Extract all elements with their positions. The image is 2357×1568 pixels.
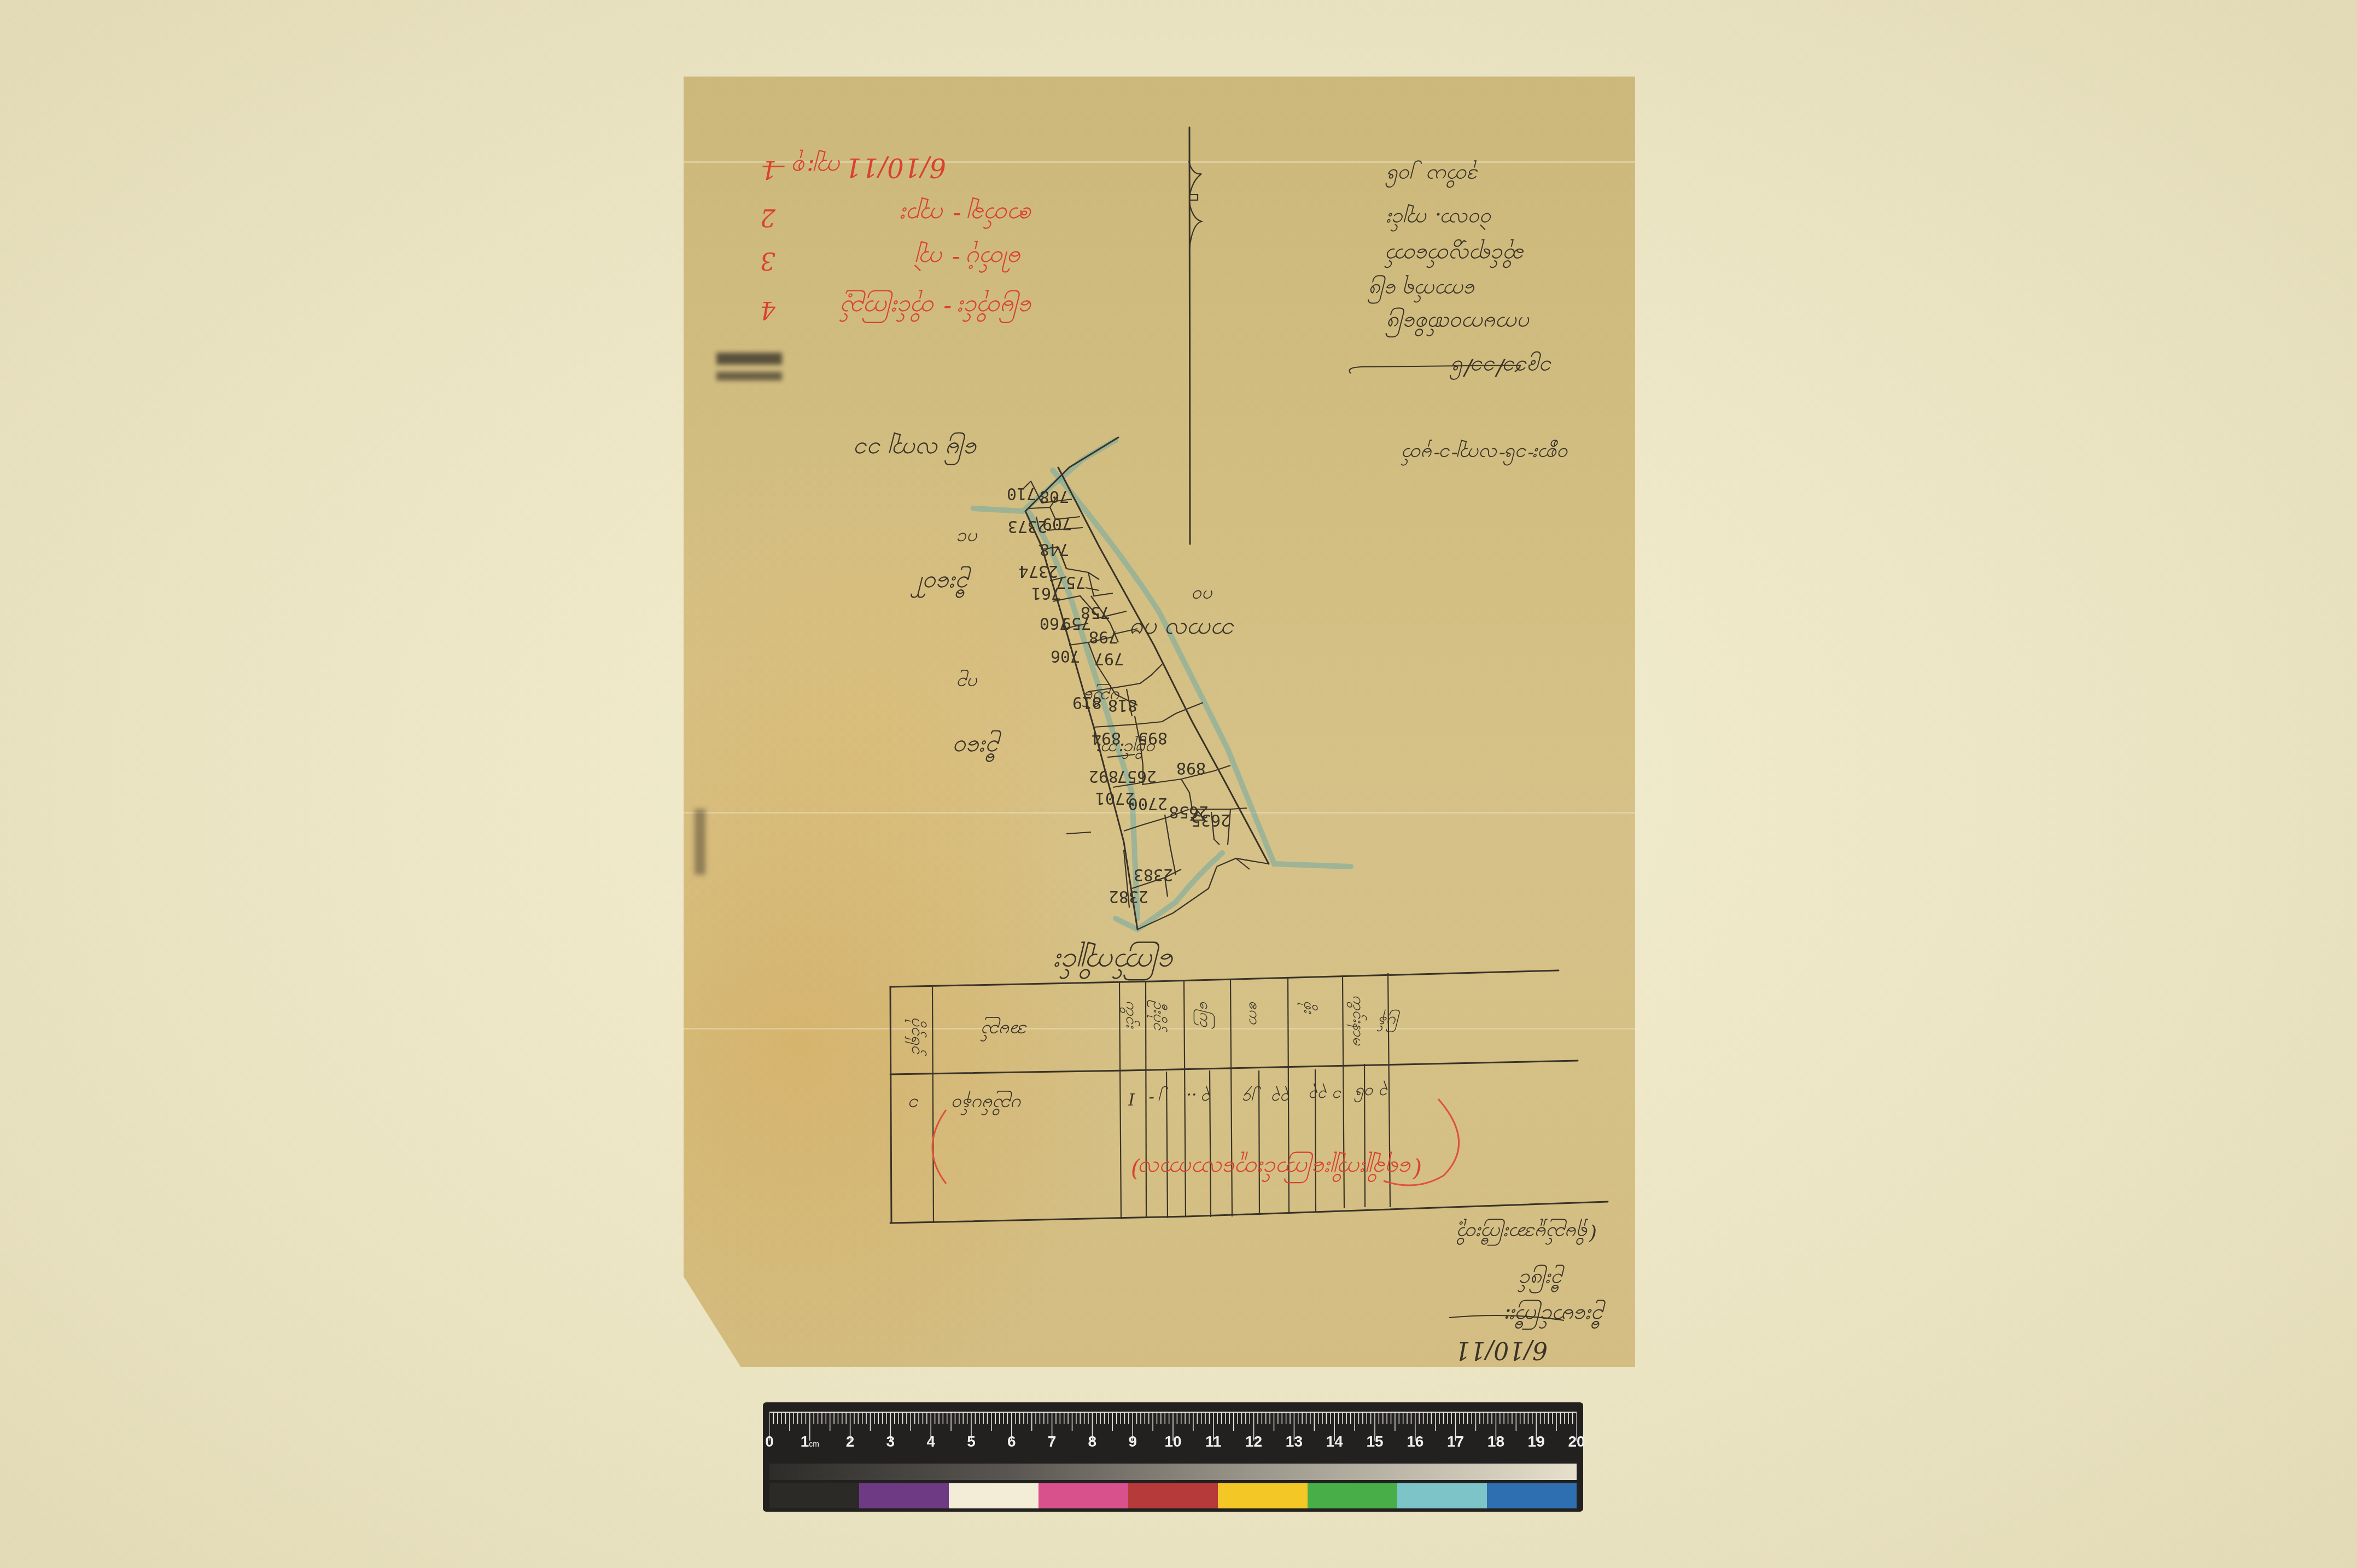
north-arrow-icon [1189,127,1201,544]
svg-text:ဂဝ: ဂဝ [1193,586,1214,607]
svg-text:798: 798 [1089,627,1118,646]
svg-text:761: 761 [1031,583,1061,602]
svg-text:ဒုတိယ ၂၀၆: ဒုတိယ ၂၀၆ [1385,160,1479,189]
ruler-tick-label: 8 [1088,1433,1097,1450]
ruler-tick-label: 15 [1366,1433,1383,1450]
ruler-tick-label: 4 [926,1433,935,1450]
ruler-tick-label: 20 [1568,1433,1585,1450]
color-patch-cyan [1397,1483,1487,1508]
color-patch-green [1308,1483,1397,1508]
color-patch-blue [1487,1483,1577,1508]
svg-text:3: 3 [760,247,775,274]
greyscale-strip [769,1464,1577,1480]
svg-text:2657: 2657 [1117,767,1157,786]
right-notes: ဒုတိယ ၂၀၆ ဝဲဝလာ. ကျင်း ဆိုင်ရာလွှတ်တော် … [1350,160,1570,466]
ruler-tick-label: 1cm [801,1433,819,1450]
svg-text:898: 898 [1176,758,1206,777]
ruler-tick-label: 19 [1528,1433,1545,1450]
svg-text:ပညိမ်ပန်ဝ: ပညိမ်ပန်ဝ [952,1091,1023,1116]
svg-text:710: 710 [1007,484,1036,503]
svg-text:2374: 2374 [1019,561,1058,581]
svg-text:708: 708 [1040,487,1069,506]
svg-text:2700: 2700 [1128,794,1168,813]
svg-text:ဂင: ဂင [958,528,979,550]
svg-text:(ရေချိုးကျိုးကြောင်းတူလောကာလ): (ရေချိုးကျိုးကြောင်းတူလောကာလ) [1131,1151,1422,1184]
svg-text:6/10/11: 6/10/11 [845,152,946,183]
ruler-tick-label: 18 [1487,1433,1504,1450]
svg-text:ဆိုင်ရာလွှတ်တော်: ဆိုင်ရာလွှတ်တော် [1384,239,1526,268]
svg-text:၂ -: ၂ - [1149,1086,1168,1108]
ruler-tick-label: 13 [1286,1433,1303,1450]
svg-text:၃၃: ၃၃ [1271,1086,1291,1108]
svg-text:ကြေ: ကြေ [1193,1001,1215,1029]
svg-text:2382: 2382 [1109,887,1148,906]
svg-text:၃ ..: ၃ .. [1187,1086,1211,1108]
color-patch-magenta [1039,1483,1128,1508]
svg-text:ကြော်ကျိုင်း: ကြော်ကျိုင်း [1054,941,1176,981]
ruler-tick-label: 5 [967,1433,976,1450]
svg-text:၃ ၀၆: ၃ ၀၆ [1354,1080,1389,1103]
cadastral-map: 708 710 709 2373 748 2374 757 761 758 75… [855,432,1351,981]
ruler-tick-label: 11 [1205,1433,1222,1450]
svg-text:ဘကလ ဂဗ: ဘကလ ဂဗ [1130,617,1236,645]
color-calibration-ruler: 01cm234567891011121314151617181920 [763,1402,1583,1512]
svg-text:ဓါတ်ပုံ - ကျဲ: ဓါတ်ပုံ - ကျဲ [914,241,1023,273]
svg-text:ဦးဝေ: ဦးဝေ [954,730,1002,763]
svg-text:ဦးဝေါ်: ဦးဝေါ် [910,566,972,599]
ruler-tick-label: 9 [1128,1433,1137,1450]
ruler-tick-label: 14 [1326,1433,1343,1450]
ruler-tick-label: 10 [1164,1433,1181,1450]
svg-text:ဝစ္စား-၁၆-လကျ-၁-မှတ်: ဝစ္စား-၁၆-လကျ-၁-မှတ် [1401,440,1570,466]
svg-text:အမည်: အမည် [979,1017,1028,1042]
svg-text:6/10/11: 6/10/11 [1455,1336,1548,1364]
color-patches [769,1483,1577,1508]
svg-text:2: 2 [760,203,776,231]
svg-text:၁: ၁ [909,1094,920,1116]
ruler-tick-label: 17 [1447,1433,1464,1450]
color-patch-purple [859,1483,949,1508]
svg-text:892: 892 [1089,767,1118,786]
svg-text:မြေတိုင်း - တိုင်းကြည့်: မြေတိုင်း - တိုင်းကြည့် [839,290,1034,324]
color-patch-red [1128,1483,1218,1508]
land-record-table: ပိုင်ရှင် အမည် ကွင်း ဦးပိုင် ကြေ ဧက ဖိုး… [890,970,1608,1223]
ruler-tick-label: 2 [846,1433,855,1450]
document-drawing: 6/10/11 ကျ:စု — 1 ဇာတ်ချ - ကျား 2 ဓါတ်ပု… [0,0,2357,1568]
color-patch-black [769,1483,859,1508]
svg-text:ဝဲဝလာ. ကျင်း: ဝဲဝလာ. ကျင်း [1387,204,1493,232]
svg-text:ကွင်းနာမ: ကွင်းနာမ [1346,995,1368,1046]
svg-text:၁ ၃၃: ၁ ၃၃ [1309,1083,1343,1105]
svg-text:ပိုင်ရှင်: ပိုင်ရှင် [905,1017,927,1056]
red-annotations: 6/10/11 ကျ:စု — 1 ဇာတ်ချ - ကျား 2 ဓါတ်ပု… [760,149,1034,324]
svg-text:ဦးပိုင်: ဦးပိုင် [1147,1000,1168,1032]
color-patch-white [949,1483,1039,1508]
svg-text:2635: 2635 [1191,810,1230,829]
svg-text:760: 760 [1040,613,1069,633]
color-patch-yellow [1218,1483,1308,1508]
ruler-tick-label: 6 [1007,1433,1016,1450]
signature-block: (ရှိမည်မှုအားကြီးတို့ ဦးဖြင် ဦးမောင်ကြီး… [1449,1219,1606,1364]
svg-text:ဂဥ: ဂဥ [958,670,979,695]
svg-text:ပြန်: ပြန် [1376,1009,1400,1032]
svg-text:(ရှိမည်မှုအားကြီးတို့: (ရှိမည်မှုအားကြီးတို့ [1456,1219,1597,1246]
svg-text:797: 797 [1094,649,1124,668]
ruler-tick-label: 7 [1048,1433,1057,1450]
ruler-tick-label: 3 [886,1433,895,1450]
svg-text:706: 706 [1051,646,1080,665]
svg-text:ဇာတ်ချ - ကျား: ဇာတ်ချ - ကျား [900,197,1034,230]
ruler-tick-label: 16 [1407,1433,1423,1450]
svg-text:ဂကမကဝဏ်စိဖြေ: ဂကမကဝဏ်စိဖြေ [1385,307,1531,338]
svg-text:မြေ လကျ ၁၁: မြေ လကျ ၁၁ [855,432,979,466]
svg-text:748: 748 [1040,540,1069,559]
svg-text:ဧက: ဧက [1246,1001,1264,1025]
svg-text:ဖိုး: ဖိုး [1297,1001,1318,1014]
ruler-tick-label: 12 [1245,1433,1262,1450]
svg-text:1: 1 [761,155,777,183]
svg-text:ကွင်း: ကွင်း [1119,1001,1141,1029]
svg-text:၂၄: ၂၄ [1242,1086,1261,1108]
svg-text:I: I [1128,1089,1135,1108]
ruler-tick-label: 0 [765,1433,774,1450]
svg-text:4: 4 [760,296,776,324]
svg-text:ကောက်ရ ဖြေ: ကောက်ရ ဖြေ [1368,275,1477,304]
svg-text:ဦးမောင်ကြီး:: ဦးမောင်ကြီး: [1504,1300,1606,1330]
svg-text:ဦးဖြင်: ဦးဖြင် [1518,1265,1565,1294]
svg-text:2373: 2373 [1008,517,1047,536]
svg-text:2383: 2383 [1134,865,1173,884]
